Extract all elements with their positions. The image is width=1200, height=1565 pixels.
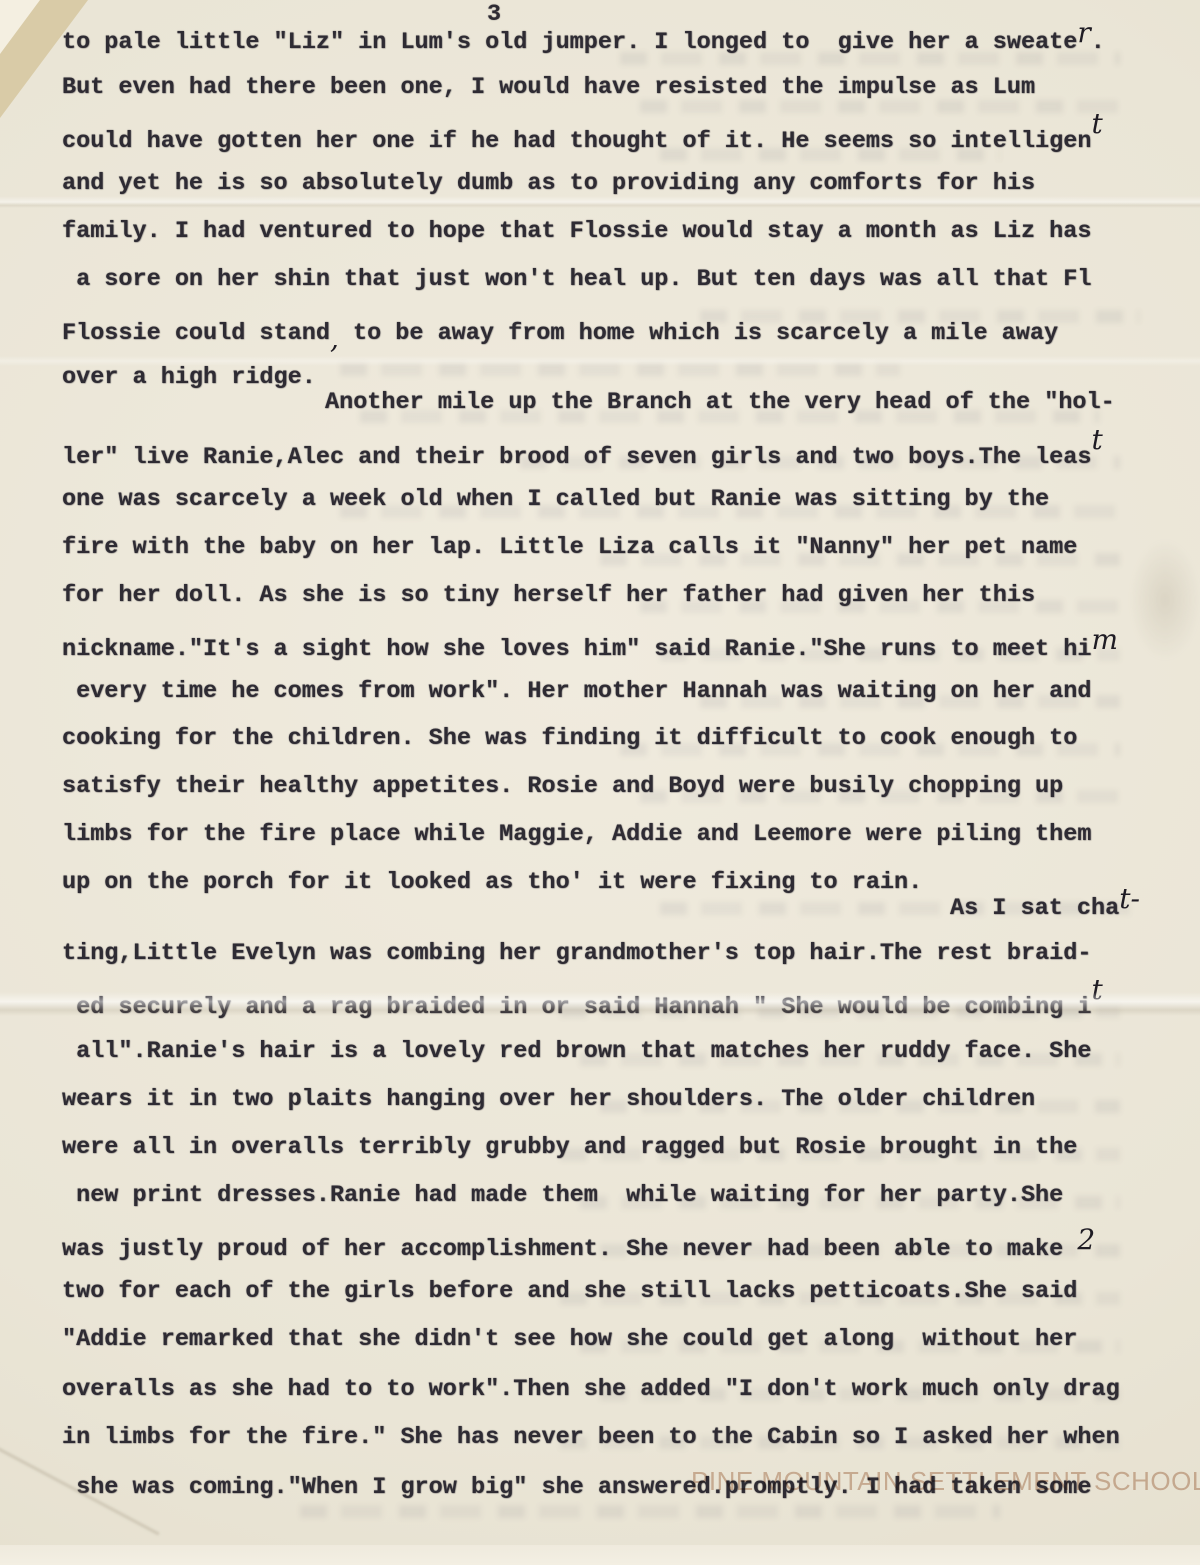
typed-segment: up on the porch for it looked as tho' it… (62, 869, 922, 896)
document-line: limbs for the fire place while Maggie, A… (62, 823, 1091, 847)
typed-segment: were all in overalls terribly grubby and… (62, 1134, 1077, 1161)
handwritten-correction: t (1091, 426, 1102, 454)
typed-segment: two for each of the girls before and she… (62, 1278, 1077, 1305)
typed-segment: a sore on her shin that just won't heal … (62, 266, 1091, 293)
document-line: new print dresses.Ranie had made them wh… (62, 1184, 1063, 1208)
document-line: up on the porch for it looked as tho' it… (62, 871, 922, 895)
typed-text-layer: to pale little "Liz" in Lum's old jumper… (0, 0, 1200, 1565)
document-line: every time he comes from work". Her moth… (62, 680, 1091, 704)
scanned-letter-page: to pale little "Liz" in Lum's old jumper… (0, 0, 1200, 1565)
typed-segment: was justly proud of her accomplishment. … (62, 1236, 1077, 1263)
paper-wrinkle (1130, 540, 1200, 660)
document-line: for her doll. As she is so tiny herself … (62, 584, 1035, 608)
typed-segment: new print dresses.Ranie had made them wh… (62, 1182, 1063, 1209)
handwritten-correction: t- (1119, 885, 1140, 913)
watermark: PINE MOUNTAIN SETTLEMENT SCHOOL 2015 (691, 1466, 1200, 1497)
typed-segment: for her doll. As she is so tiny herself … (62, 582, 1035, 609)
typed-segment: ting,Little Evelyn was combing her grand… (62, 940, 1091, 967)
typed-segment: and yet he is so absolutely dumb as to p… (62, 170, 1035, 197)
typed-segment: every time he comes from work". Her moth… (62, 678, 1091, 705)
handwritten-correction: t (1091, 110, 1102, 138)
typed-segment: overalls as she had to to work".Then she… (62, 1376, 1120, 1403)
document-line: two for each of the girls before and she… (62, 1280, 1077, 1304)
typed-segment: But even had there been one, I would hav… (62, 74, 1035, 101)
document-line: could have gotten her one if he had thou… (62, 124, 1103, 154)
typed-segment: ler" live Ranie,Alec and their brood of … (62, 444, 1091, 471)
document-line: over a high ridge. (62, 366, 316, 390)
typed-segment: Another mile up the Branch at the very h… (325, 389, 1115, 416)
document-line: in limbs for the fire." She has never be… (62, 1426, 1120, 1450)
document-line: overalls as she had to to work".Then she… (62, 1378, 1120, 1402)
document-line: family. I had ventured to hope that Flos… (62, 220, 1091, 244)
document-line: "Addie remarked that she didn't see how … (62, 1328, 1077, 1352)
document-line: ler" live Ranie,Alec and their brood of … (62, 440, 1103, 470)
handwritten-correction: , (330, 325, 339, 353)
typed-segment: one was scarcely a week old when I calle… (62, 486, 1049, 513)
document-line: one was scarcely a week old when I calle… (62, 488, 1049, 512)
typed-segment: As I sat cha (950, 895, 1119, 922)
document-line: As I sat chat- (950, 891, 1140, 921)
handwritten-correction: 2 (1077, 1226, 1095, 1254)
document-line: But even had there been one, I would hav… (62, 76, 1035, 100)
document-line: and yet he is so absolutely dumb as to p… (62, 172, 1035, 196)
document-line: nickname."It's a sight how she loves him… (62, 632, 1118, 662)
document-line: ed securely and a rag braided in or said… (62, 990, 1103, 1020)
typed-segment: nickname."It's a sight how she loves him… (62, 636, 1091, 663)
document-line: cooking for the children. She was findin… (62, 727, 1077, 751)
scan-edge (0, 1545, 1200, 1565)
typed-segment: "Addie remarked that she didn't see how … (62, 1326, 1077, 1353)
handwritten-correction: r (1077, 19, 1090, 47)
document-line: was justly proud of her accomplishment. … (62, 1232, 1095, 1262)
typed-segment: could have gotten her one if he had thou… (62, 128, 1091, 155)
typed-segment: cooking for the children. She was findin… (62, 725, 1077, 752)
typed-segment: Flossie could stand (62, 320, 330, 347)
typed-segment: to be away from home which is scarcely a… (339, 320, 1058, 347)
document-line: wears it in two plaits hanging over her … (62, 1088, 1035, 1112)
typed-segment: to pale little "Liz" in Lum's old jumper… (62, 29, 1077, 56)
document-line: all".Ranie's hair is a lovely red brown … (62, 1040, 1091, 1064)
document-line: ting,Little Evelyn was combing her grand… (62, 942, 1091, 966)
typed-segment: family. I had ventured to hope that Flos… (62, 218, 1091, 245)
typed-segment: satisfy their healthy appetites. Rosie a… (62, 773, 1063, 800)
document-line: Another mile up the Branch at the very h… (325, 391, 1115, 415)
handwritten-correction: m (1091, 626, 1118, 654)
page-number: 3 (487, 1, 501, 28)
typed-segment: in limbs for the fire." She has never be… (62, 1424, 1120, 1451)
document-line: Flossie could stand, to be away from hom… (62, 316, 1058, 346)
typed-segment: limbs for the fire place while Maggie, A… (62, 821, 1091, 848)
typed-segment: . (1091, 29, 1105, 56)
handwritten-correction: t (1091, 976, 1102, 1004)
typed-segment: fire with the baby on her lap. Little Li… (62, 534, 1077, 561)
document-line: to pale little "Liz" in Lum's old jumper… (62, 25, 1105, 55)
typed-segment: all".Ranie's hair is a lovely red brown … (62, 1038, 1091, 1065)
typed-segment: ed securely and a rag braided in or said… (62, 994, 1091, 1021)
document-line: fire with the baby on her lap. Little Li… (62, 536, 1077, 560)
document-line: satisfy their healthy appetites. Rosie a… (62, 775, 1063, 799)
typed-segment: wears it in two plaits hanging over her … (62, 1086, 1035, 1113)
typed-segment: over a high ridge. (62, 364, 316, 391)
document-line: were all in overalls terribly grubby and… (62, 1136, 1077, 1160)
document-line: a sore on her shin that just won't heal … (62, 268, 1091, 292)
